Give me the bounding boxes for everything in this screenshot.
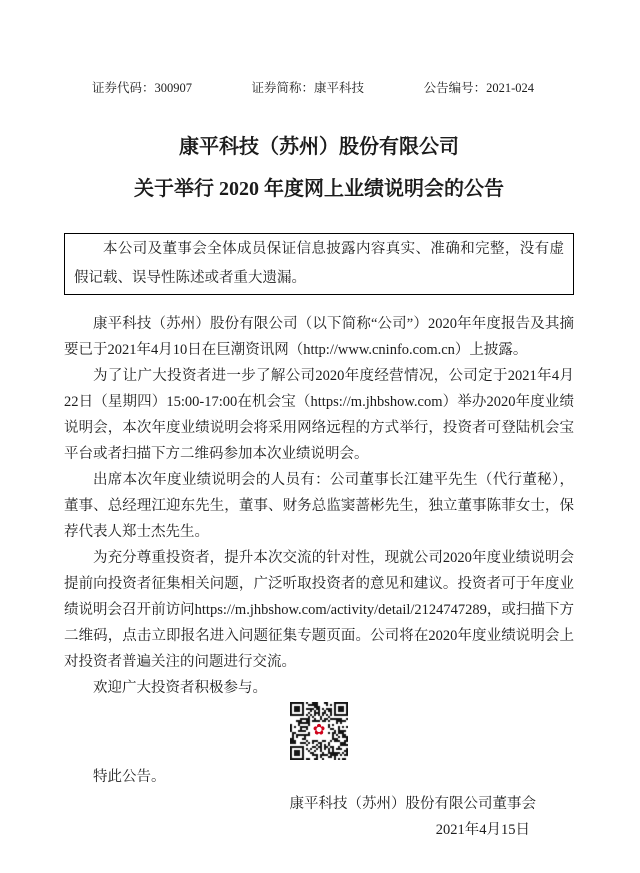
paragraph-annual-report-disclosure: 康平科技（苏州）股份有限公司（以下简称“公司”）2020年年度报告及其摘要已于2… bbox=[64, 311, 574, 363]
document-body: 康平科技（苏州）股份有限公司（以下简称“公司”）2020年年度报告及其摘要已于2… bbox=[64, 311, 574, 701]
paragraph-question-collection: 为充分尊重投资者，提升本次交流的针对性，现就公司2020年度业绩说明会提前向投资… bbox=[64, 545, 574, 675]
paragraph-welcome: 欢迎广大投资者积极参与。 bbox=[64, 675, 574, 701]
disclaimer-text: 本公司及董事会全体成员保证信息披露内容真实、准确和完整，没有虚假记载、误导性陈述… bbox=[74, 235, 564, 293]
signature-date: 2021年4月15日 bbox=[64, 817, 574, 843]
signature-company: 康平科技（苏州）股份有限公司董事会 bbox=[64, 791, 574, 817]
qr-code: ✿ bbox=[290, 702, 348, 760]
paragraph-attendees: 出席本次年度业绩说明会的人员有：公司董事长江建平先生（代行董秘），董事、总经理江… bbox=[64, 467, 574, 545]
paragraph-meeting-arrangement: 为了让广大投资者进一步了解公司2020年度经营情况，公司定于2021年4月22日… bbox=[64, 363, 574, 467]
stock-code: 证券代码：300907 bbox=[92, 78, 192, 96]
qr-center-flower-icon: ✿ bbox=[313, 724, 326, 739]
disclaimer-box: 本公司及董事会全体成员保证信息披露内容真实、准确和完整，没有虚假记载、误导性陈述… bbox=[64, 233, 574, 295]
company-title: 康平科技（苏州）股份有限公司 bbox=[64, 136, 574, 158]
stock-name: 证券简称：康平科技 bbox=[252, 78, 365, 96]
document-header: 证券代码：300907 证券简称：康平科技 公告编号：2021-024 bbox=[64, 78, 574, 96]
signature-block: 康平科技（苏州）股份有限公司董事会 2021年4月15日 bbox=[64, 791, 574, 843]
announcement-title: 关于举行 2020 年度网上业绩说明会的公告 bbox=[64, 178, 574, 200]
announcement-page: 证券代码：300907 证券简称：康平科技 公告编号：2021-024 康平科技… bbox=[0, 0, 640, 873]
qr-code-container: ✿ bbox=[64, 702, 574, 760]
closing-statement: 特此公告。 bbox=[64, 764, 574, 790]
announcement-number: 公告编号：2021-024 bbox=[424, 78, 534, 96]
